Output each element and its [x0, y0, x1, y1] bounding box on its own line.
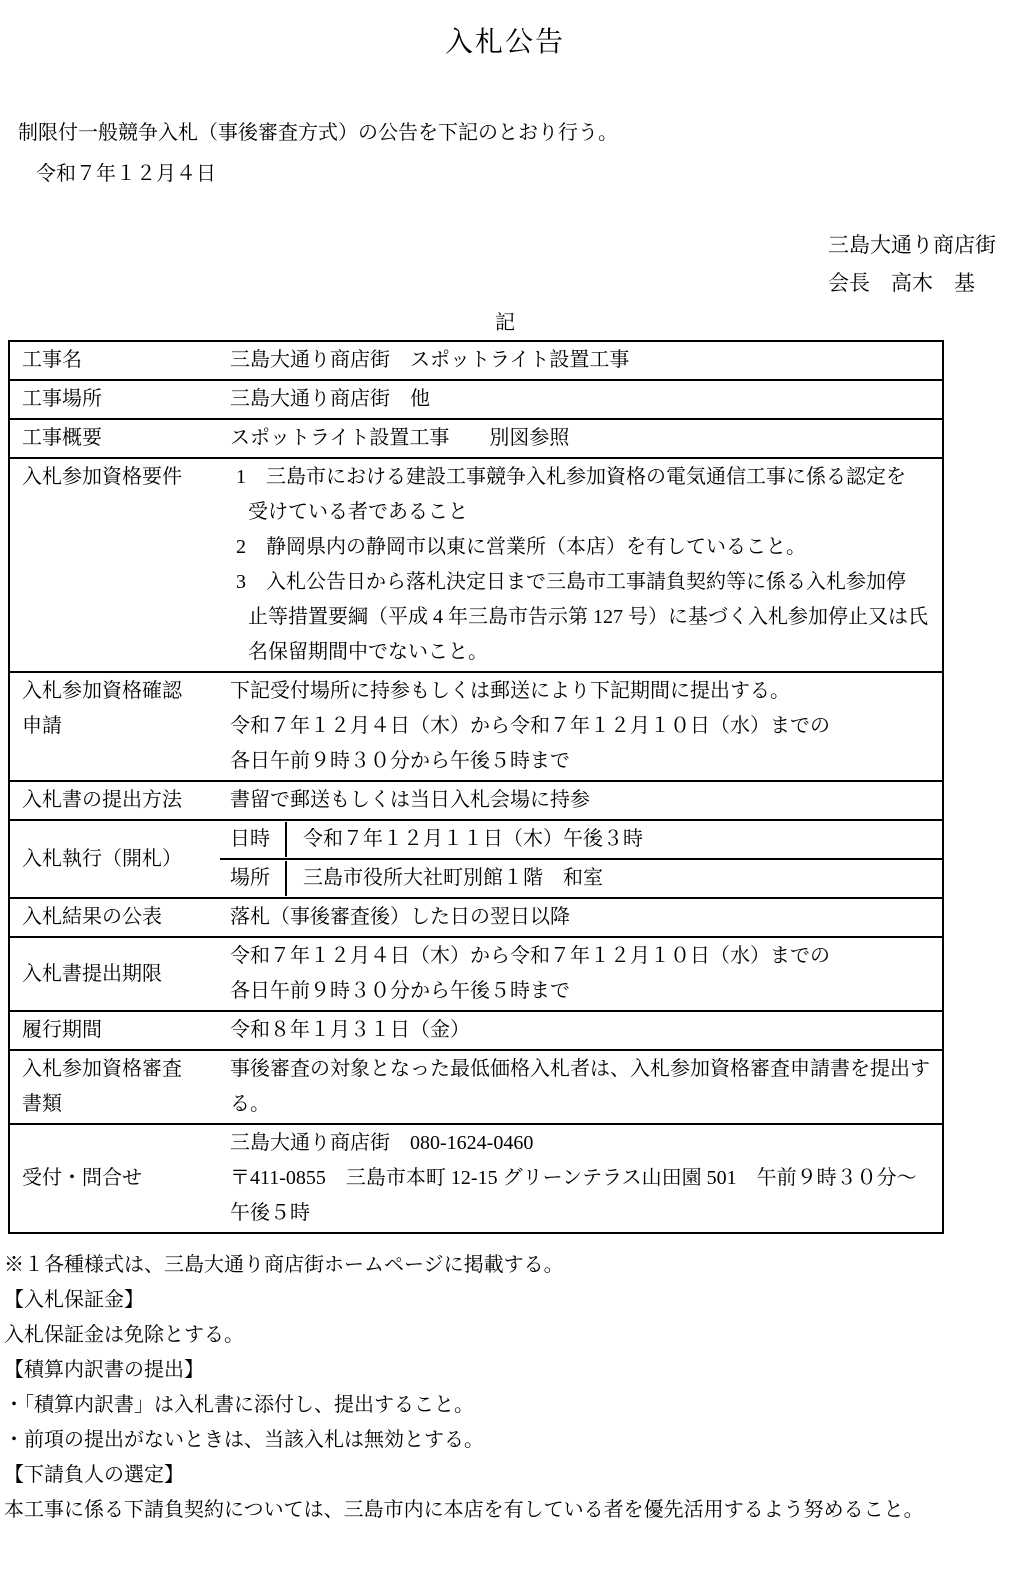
- row-label: 入札結果の公表: [22, 900, 220, 935]
- row-label: 入札参加資格要件: [22, 460, 220, 495]
- row-label: 工事場所: [22, 382, 220, 417]
- cell-line: る。: [230, 1087, 942, 1122]
- row-label: 書類: [22, 1087, 220, 1122]
- table-row-teishutsu-houhou: 入札書の提出方法 書留で郵送もしくは当日入札会場に持参: [10, 782, 942, 821]
- cell-line: 書留で郵送もしくは当日入札会場に持参: [230, 783, 942, 818]
- footer-notes: ※１各種様式は、三島大通り商店街ホームページに掲載する。 【入札保証金】 入札保…: [4, 1248, 1030, 1528]
- cell-line: 〒411-0855 三島市本町 12-15 グリーンテラス山田園 501 午前９…: [230, 1161, 942, 1196]
- note-line: 入札保証金は免除とする。: [4, 1318, 1030, 1353]
- sub-row-basho: 場所 三島市役所大社町別館１階 和室: [220, 860, 942, 897]
- note-line: 【入札保証金】: [4, 1283, 1030, 1318]
- row-label: 入札参加資格審査: [22, 1052, 220, 1087]
- cell-line: 事後審査の対象となった最低価格入札者は、入札参加資格審査申請書を提出す: [230, 1052, 942, 1087]
- table-row-rikou-kikan: 履行期間 令和８年１月３１日（金）: [10, 1012, 942, 1051]
- row-label: 申請: [22, 709, 220, 744]
- table-row-shikaku-youken: 入札参加資格要件 1 三島市における建設工事競争入札参加資格の電気通信工事に係る…: [10, 459, 942, 673]
- issuer-person: 会長 高木 基: [828, 264, 1010, 302]
- cell-line: 名保留期間中でないこと。: [230, 635, 942, 670]
- sub-row-label: 場所: [230, 861, 285, 896]
- row-label: 入札書提出期限: [22, 957, 220, 992]
- announcement-date: 令和７年１２月４日: [36, 157, 1010, 186]
- cell-line: 三島市役所大社町別館１階 和室: [303, 861, 942, 896]
- table-row-uketsuke-toiawase: 受付・問合せ 三島大通り商店街 080-1624-0460 〒411-0855 …: [10, 1125, 942, 1232]
- table-row-shikaku-kakunin-shinsei: 入札参加資格確認 申請 下記受付場所に持参もしくは郵送により下記期間に提出する。…: [10, 673, 942, 782]
- cell-line: 下記受付場所に持参もしくは郵送により下記期間に提出する。: [230, 674, 942, 709]
- note-line: ※１各種様式は、三島大通り商店街ホームページに掲載する。: [4, 1248, 1030, 1283]
- cell-line: 令和８年１月３１日（金）: [230, 1013, 942, 1048]
- note-line: 【下請負人の選定】: [4, 1458, 1030, 1493]
- note-line: 【積算内訳書の提出】: [4, 1353, 1030, 1388]
- row-label: 工事概要: [22, 421, 220, 456]
- row-label: 履行期間: [22, 1013, 220, 1048]
- cell-line: 令和７年１２月１１日（木）午後３時: [303, 822, 942, 857]
- table-row-teishutsu-kigen: 入札書提出期限 令和７年１２月４日（木）から令和７年１２月１０日（水）までの 各…: [10, 938, 942, 1012]
- cell-line: 午後５時: [230, 1196, 942, 1231]
- cell-line: 令和７年１２月４日（木）から令和７年１２月１０日（水）までの: [230, 939, 942, 974]
- cell-line: 2 静岡県内の静岡市以東に営業所（本店）を有していること。: [230, 530, 942, 565]
- cell-line: 落札（事後審査後）した日の翌日以降: [230, 900, 942, 935]
- issuer-block: 三島大通り商店街 会長 高木 基: [828, 226, 1010, 302]
- row-label: 入札参加資格確認: [22, 674, 220, 709]
- page-title: 入札公告: [0, 20, 1010, 60]
- cell-line: 三島大通り商店街 他: [230, 382, 942, 417]
- cell-line: 1 三島市における建設工事競争入札参加資格の電気通信工事に係る認定を: [230, 460, 942, 495]
- table-row-koujimei: 工事名 三島大通り商店街 スポットライト設置工事: [10, 342, 942, 381]
- table-row-kekka-kouhyou: 入札結果の公表 落札（事後審査後）した日の翌日以降: [10, 899, 942, 938]
- note-line: ・前項の提出がないときは、当該入札は無効とする。: [4, 1423, 1030, 1458]
- row-label: 入札書の提出方法: [22, 783, 220, 818]
- note-line: 本工事に係る下請負契約については、三島市内に本店を有している者を優先活用するよう…: [4, 1493, 1030, 1528]
- cell-line: 三島大通り商店街 080-1624-0460: [230, 1126, 942, 1161]
- sub-row-label: 日時: [230, 822, 285, 857]
- row-label: 工事名: [22, 343, 220, 378]
- document-page: 入札公告 制限付一般競争入札（事後審査方式）の公告を下記のとおり行う。 令和７年…: [0, 0, 1030, 1592]
- sub-row-nichiji: 日時 令和７年１２月１１日（木）午後３時: [220, 821, 942, 860]
- cell-line: 3 入札公告日から落札決定日まで三島市工事請負契約等に係る入札参加停: [230, 565, 942, 600]
- record-heading: 記: [0, 306, 1010, 335]
- table-row-kouji-gaiyou: 工事概要 スポットライト設置工事 別図参照: [10, 420, 942, 459]
- cell-line: 止等措置要綱（平成 4 年三島市告示第 127 号）に基づく入札参加停止又は氏: [230, 600, 942, 635]
- cell-line: 令和７年１２月４日（木）から令和７年１２月１０日（水）までの: [230, 709, 942, 744]
- cell-line: 各日午前９時３０分から午後５時まで: [230, 744, 942, 779]
- table-row-kouji-basho: 工事場所 三島大通り商店街 他: [10, 381, 942, 420]
- issuer-organization: 三島大通り商店街: [828, 226, 1010, 264]
- bid-table: 工事名 三島大通り商店街 スポットライト設置工事 工事場所 三島大通り商店街 他…: [8, 340, 944, 1234]
- row-label: 入札執行（開札）: [22, 842, 220, 877]
- cell-line: 受けている者であること: [230, 495, 942, 530]
- cell-line: 三島大通り商店街 スポットライト設置工事: [230, 343, 942, 378]
- table-row-shikkou-kaisatsu: 入札執行（開札） 日時 令和７年１２月１１日（木）午後３時 場所 三島市役所大社…: [10, 821, 942, 899]
- cell-line: スポットライト設置工事 別図参照: [230, 421, 942, 456]
- table-row-shinsa-shorui: 入札参加資格審査 書類 事後審査の対象となった最低価格入札者は、入札参加資格審査…: [10, 1051, 942, 1125]
- sub-table: 日時 令和７年１２月１１日（木）午後３時 場所 三島市役所大社町別館１階 和室: [220, 821, 942, 897]
- cell-line: 各日午前９時３０分から午後５時まで: [230, 974, 942, 1009]
- note-line: ・「積算内訳書」は入札書に添付し、提出すること。: [4, 1388, 1030, 1423]
- row-label: 受付・問合せ: [22, 1161, 220, 1196]
- intro-text: 制限付一般競争入札（事後審査方式）の公告を下記のとおり行う。: [18, 116, 1010, 145]
